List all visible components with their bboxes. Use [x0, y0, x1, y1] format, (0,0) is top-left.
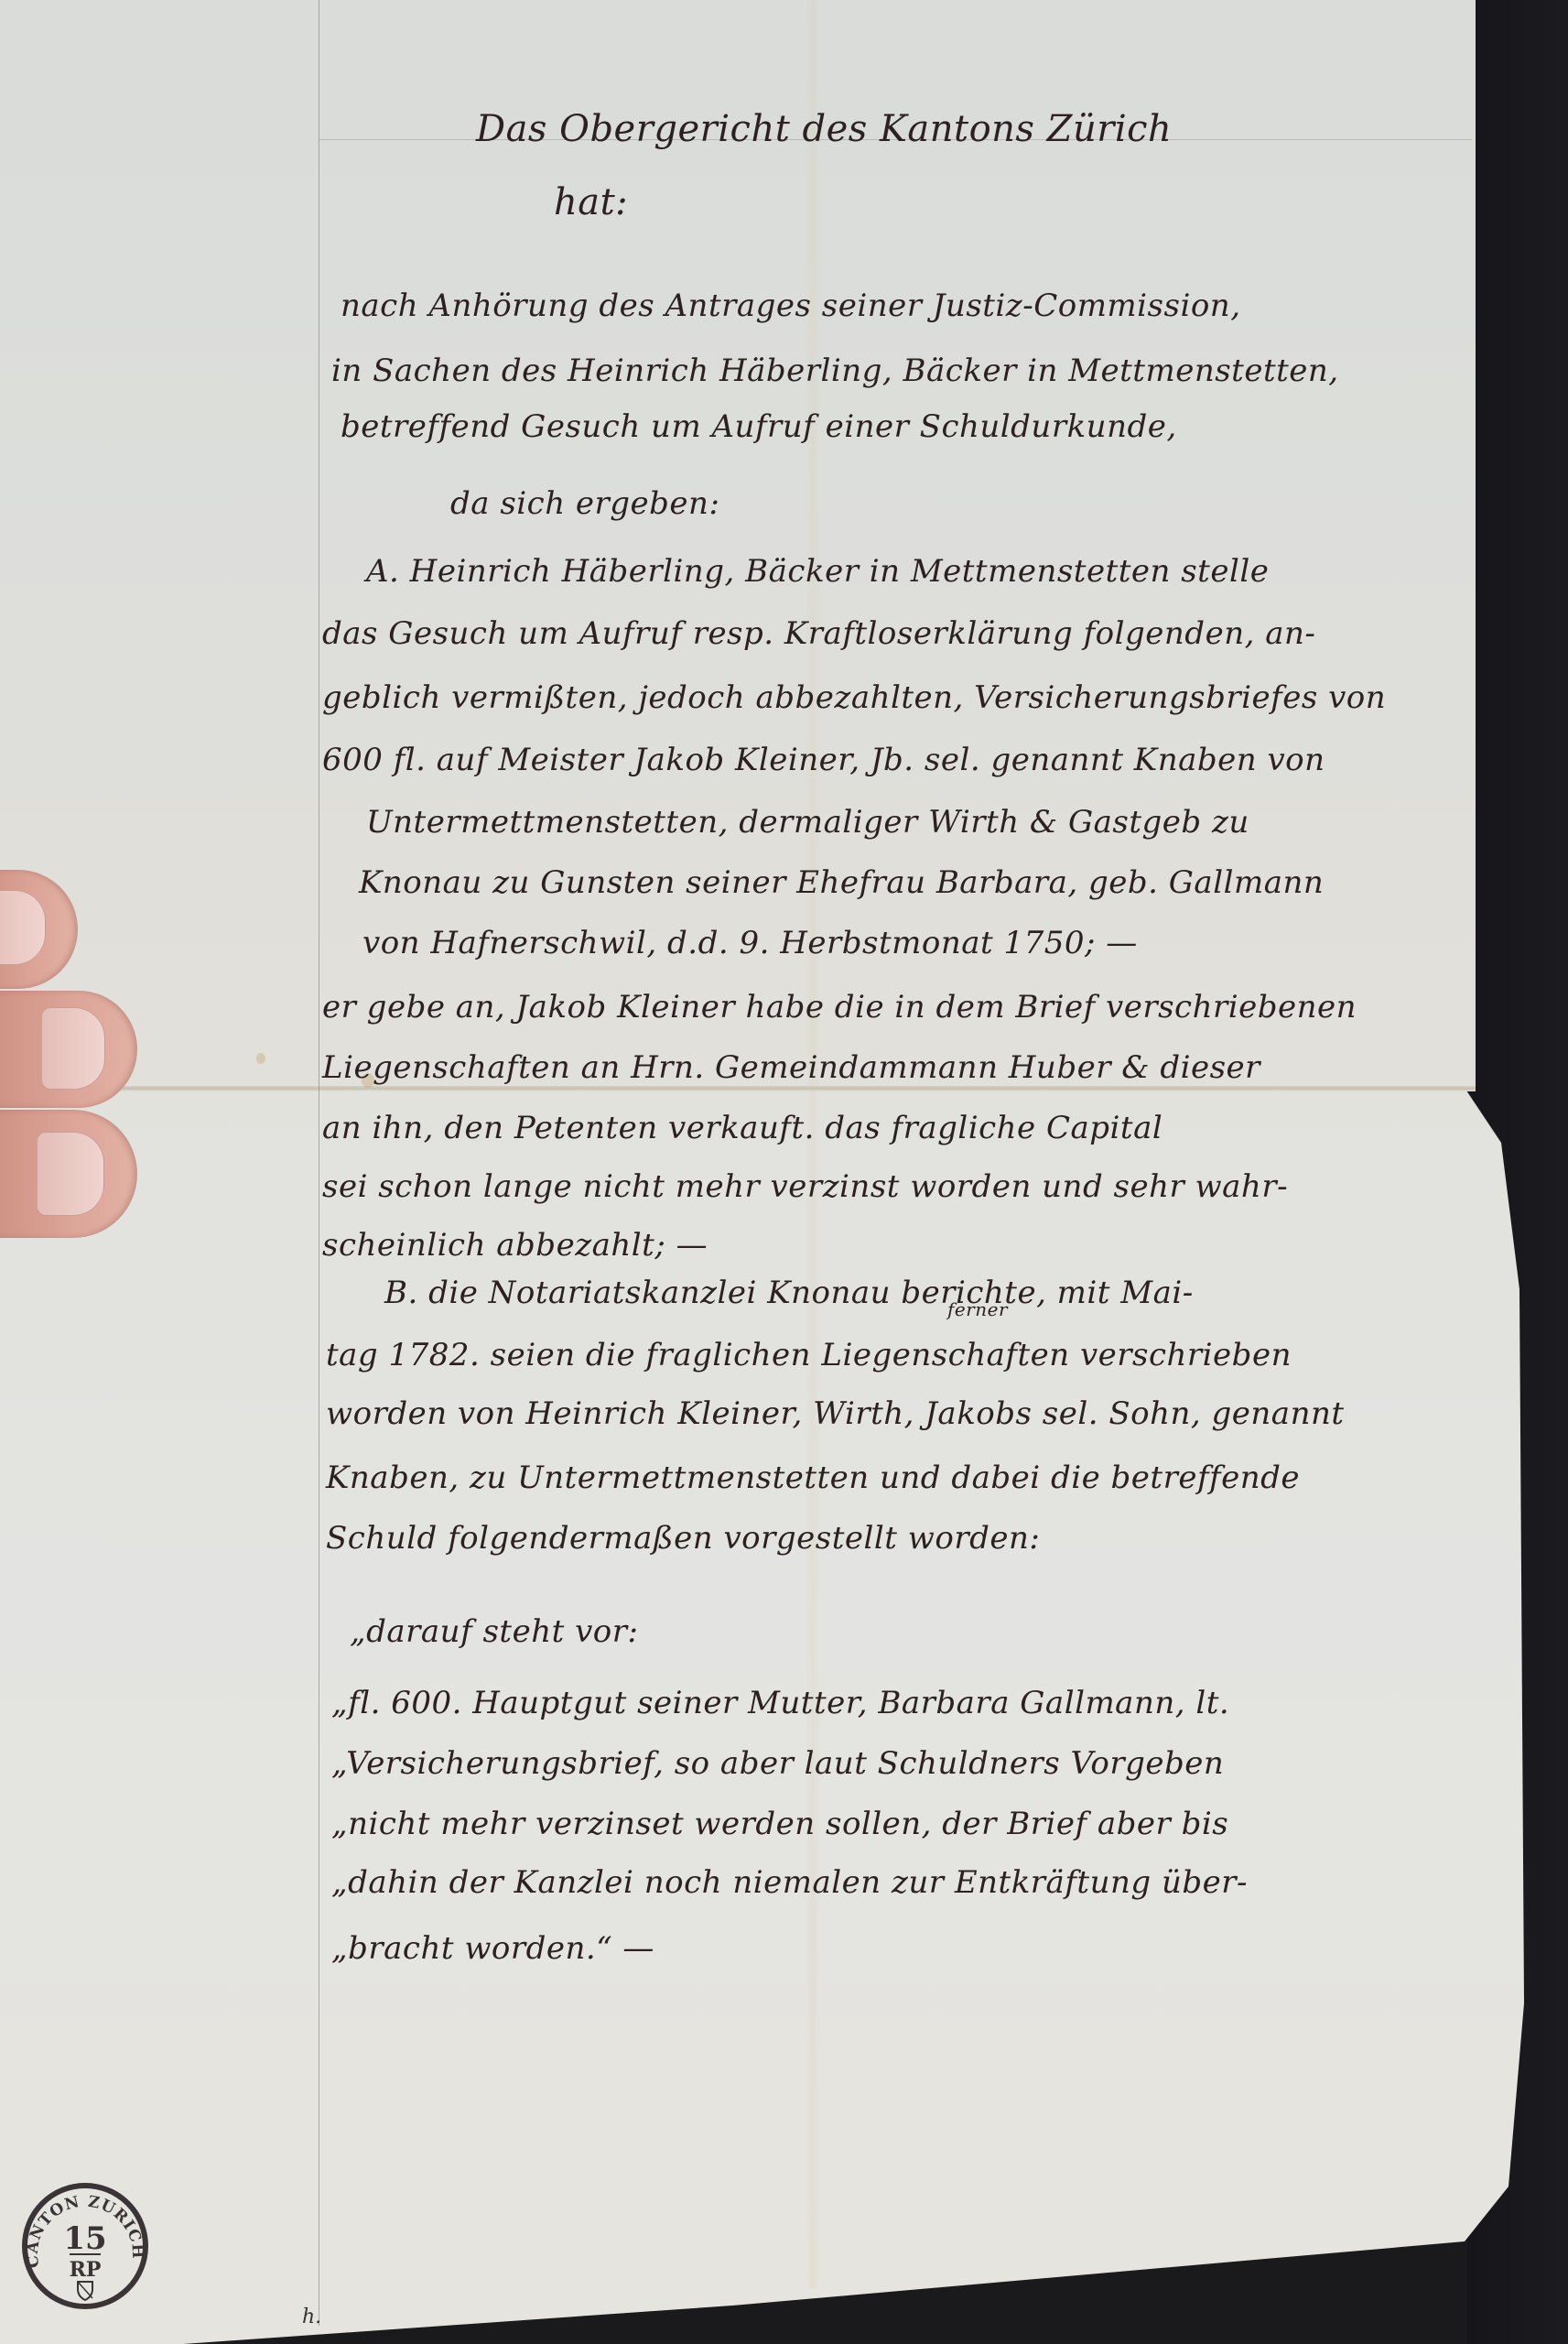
- quotation-line-6: „bracht worden.“ —: [331, 1930, 654, 1967]
- stamp-value: 15: [63, 2220, 106, 2257]
- interlinear-insertion: ferner: [947, 1298, 1008, 1320]
- section-b-line-4: Knaben, zu Untermettmenstetten und dabei…: [326, 1460, 1300, 1496]
- quotation-line-1: „darauf steht vor:: [350, 1613, 638, 1650]
- section-a-line-5: Untermettmenstetten, dermaliger Wirth & …: [366, 804, 1249, 841]
- quotation-line-4: „nicht mehr verzinset werden sollen, der…: [331, 1806, 1228, 1842]
- section-b-line-1: B. die Notariatskanzlei Knonau berichte,…: [384, 1275, 1194, 1311]
- preamble-line-3: betreffend Gesuch um Aufruf einer Schuld…: [341, 408, 1177, 445]
- margin-rule: [319, 0, 319, 2326]
- stamp-unit: RP: [70, 2258, 102, 2282]
- section-a-line-7: von Hafnerschwil, d.d. 9. Herbstmonat 17…: [362, 925, 1138, 961]
- paper-fold-horizontal: [0, 1086, 1476, 1091]
- section-a-line-2: das Gesuch um Aufruf resp. Kraftloserklä…: [322, 615, 1315, 652]
- section-a-line-1: A. Heinrich Häberling, Bäcker in Mettmen…: [366, 553, 1269, 590]
- hand-holding-paper: [0, 870, 146, 1254]
- canton-zurich-tax-stamp: CANTON ZURICH 15 RP: [16, 2177, 154, 2315]
- section-a-line-12: scheinlich abbezahlt; —: [322, 1227, 708, 1264]
- footer-mark: h.: [302, 2306, 321, 2328]
- finger-bottom: [0, 1110, 137, 1238]
- section-b-line-2: tag 1782. seien die fraglichen Liegensch…: [326, 1337, 1292, 1373]
- section-a-line-4: 600 fl. auf Meister Jakob Kleiner, Jb. s…: [322, 742, 1325, 778]
- section-a-line-10: an ihn, den Petenten verkauft. das fragl…: [322, 1110, 1162, 1146]
- section-b-line-5: Schuld folgendermaßen vorgestellt worden…: [326, 1520, 1040, 1557]
- finger-top: [0, 870, 78, 989]
- fingernail: [37, 1132, 104, 1216]
- quotation-line-2: „fl. 600. Hauptgut seiner Mutter, Barbar…: [331, 1685, 1229, 1721]
- heading-hat: hat:: [554, 181, 628, 223]
- preamble-line-2: in Sachen des Heinrich Häberling, Bäcker…: [331, 353, 1339, 389]
- section-a-line-11: sei schon lange nicht mehr verzinst word…: [322, 1168, 1288, 1205]
- quotation-line-5: „dahin der Kanzlei noch niemalen zur Ent…: [331, 1864, 1248, 1901]
- section-a-line-6: Knonau zu Gunsten seiner Ehefrau Barbara…: [359, 864, 1324, 901]
- finger-middle: [0, 991, 137, 1108]
- heading-court: Das Obergericht des Kantons Zürich: [476, 108, 1172, 150]
- preamble-line-1: nach Anhörung des Antrages seiner Justiz…: [341, 288, 1241, 324]
- quotation-line-3: „Versicherungsbrief, so aber laut Schuld…: [331, 1745, 1224, 1782]
- preamble-line-4: da sich ergeben:: [450, 485, 719, 522]
- section-b-line-3: worden von Heinrich Kleiner, Wirth, Jako…: [326, 1395, 1345, 1432]
- fingernail: [0, 890, 46, 965]
- section-a-line-8: er gebe an, Jakob Kleiner habe die in de…: [322, 989, 1357, 1025]
- fingernail: [41, 1007, 105, 1090]
- age-spot: [256, 1053, 265, 1064]
- section-a-line-9: Liegenschaften an Hrn. Gemeindammann Hub…: [322, 1049, 1260, 1086]
- shield-icon: [78, 2282, 92, 2300]
- section-a-line-3: geblich vermißten, jedoch abbezahlten, V…: [322, 679, 1386, 716]
